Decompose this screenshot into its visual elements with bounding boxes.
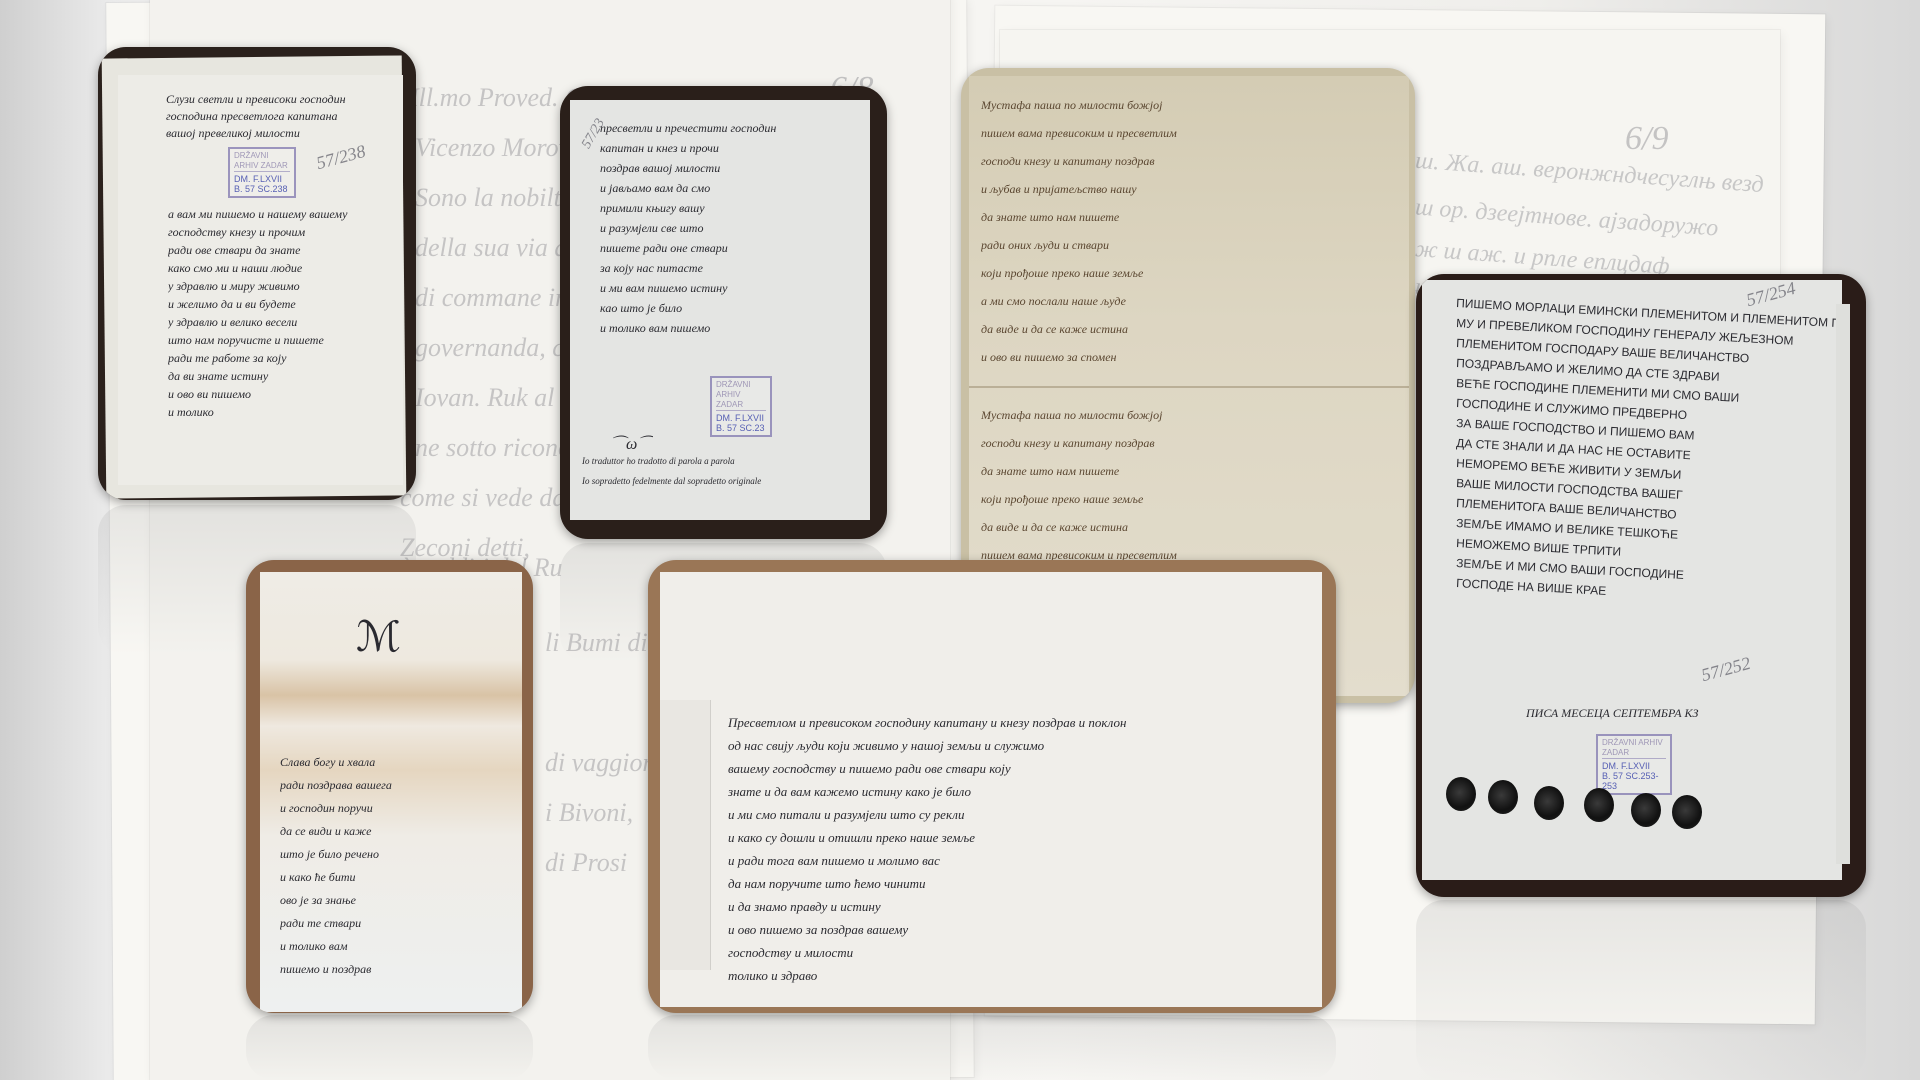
wax-seal (1672, 795, 1702, 829)
manuscript-photo-5: ℳ Слава богу и хвала ради поздрава вашег… (246, 560, 533, 1013)
document-body-line: у здравлю и велико весели (168, 315, 398, 330)
background-script-line: di Prosi (545, 840, 627, 886)
document-body-line: а ми смо послали наше људе (981, 294, 1401, 309)
archive-stamp-line: DM. F.LXVII (716, 413, 766, 423)
document-body-line: ради те ствари (280, 916, 510, 931)
document-body-line: толико и здраво (728, 968, 1308, 984)
wax-seal (1631, 793, 1661, 827)
document-body-line: и како су дошли и отишли преко наше земљ… (728, 830, 1308, 846)
document-body-line: и јављамо вам да смо (600, 181, 850, 196)
archive-stamp: DRŽAVNI ARHIV ZADAR DM. F.LXVII B. 57 SC… (228, 147, 296, 198)
document-body-line: пресветли и пречестити господин (600, 121, 850, 136)
archive-stamp-line: B. 57 SC.253-253 (1602, 771, 1666, 791)
document-body-line: у здравлю и миру живимо (168, 279, 398, 294)
document-body-line: а вам ми пишемо и нашему вашему (168, 207, 398, 222)
document-body-line: господству и милости (728, 945, 1308, 961)
manuscript-photo-2: 57/23 пресветли и пречестити господин ка… (560, 86, 887, 539)
document-body-line: и ми смо питали и разумјели што су рекли (728, 807, 1308, 823)
document-body-line: и како ће бити (280, 870, 510, 885)
document-footer-line: Io sopradetto fedelmente dal sopradetto … (582, 476, 822, 486)
document-body-line: да виде и да се каже истина (981, 520, 1401, 535)
document-body-line: и разумјели све што (600, 221, 850, 236)
document-heading-line: вашој превеликој милости (166, 126, 300, 141)
archive-stamp-line: B. 57 SC.238 (234, 184, 290, 194)
wax-seal (1446, 777, 1476, 811)
archive-stamp-line: DM. F.LXVII (234, 174, 290, 184)
document-body-line: како смо ми и наши людие (168, 261, 398, 276)
document-body-line: што је било речено (280, 847, 510, 862)
document-body-line: и љубав и пријатељство нашу (981, 182, 1401, 197)
document-signature: ⌒ω⌒ (610, 431, 653, 454)
document-body-line: господству кнезу и прочим (168, 225, 398, 240)
document-folded-flap (660, 700, 711, 970)
wax-seal (1534, 786, 1564, 820)
document-paper-edge (1836, 304, 1850, 864)
document-body-line: и ради тога вам пишемо и молимо вас (728, 853, 1308, 869)
background-script-line: come si vede da (400, 475, 565, 521)
document-body-line: да знате што нам пишете (981, 464, 1401, 479)
document-body-line: да знате што нам пишете (981, 210, 1401, 225)
document-body-line: ради ове ствари да знате (168, 243, 398, 258)
document-body-line: за коју нас питасте (600, 261, 850, 276)
document-body-line: и господин поручи (280, 801, 510, 816)
background-script-line: i Bivoni, (545, 790, 633, 836)
paper-fold-line (969, 386, 1409, 388)
wax-seal (1488, 780, 1518, 814)
document-body-line: и толико (168, 405, 398, 420)
background-script-line: ne sotto ricono (415, 425, 571, 471)
background-script-line: Iovan. Ruk al (415, 375, 554, 421)
tughra-signature: ℳ (356, 612, 401, 662)
document-body-line: што нам поручисте и пишете (168, 333, 398, 348)
document-body-line: и ово пишемо за поздрав вашему (728, 922, 1308, 938)
archive-stamp-header: DRŽAVNI ARHIV ZADAR (1602, 738, 1666, 759)
archive-stamp-header: DRŽAVNI ARHIV ZADAR (234, 151, 290, 172)
document-body-line: и ово ви пишемо (168, 387, 398, 402)
document-date-line: ПИСА МЕСЕЦА СЕПТЕМБРА КЗ (1526, 706, 1826, 721)
document-body-line: као што је било (600, 301, 850, 316)
document-body-line: пишем вама превисоким и пресветлим (981, 126, 1401, 141)
document-body-line: пишете ради оне ствари (600, 241, 850, 256)
document-body-line: од нас свију људи који живимо у нашој зе… (728, 738, 1308, 754)
photo-reflection (1416, 900, 1866, 1080)
document-body-line: Пресветлом и превисоком господину капита… (728, 715, 1308, 731)
document-body-line: да се види и каже (280, 824, 510, 839)
document-body-line: пишемо и поздрав (280, 962, 510, 977)
document-body-line: господи кнезу и капитану поздрав (981, 154, 1401, 169)
document-body-line: господи кнезу и капитану поздрав (981, 436, 1401, 451)
document-body-line: који прођоше преко наше земље (981, 266, 1401, 281)
document-body-line: да ви знате истину (168, 369, 398, 384)
manuscript-photo-6: Пресветлом и превисоком господину капита… (648, 560, 1336, 1013)
document-body-line: и ово ви пишемо за спомен (981, 350, 1401, 365)
document-body-line: вашему господству и пишемо ради ове ства… (728, 761, 1308, 777)
document-body-line: Мустафа паша по милости божјој (981, 98, 1401, 113)
document-heading-line: господина пресветлога капитана (166, 109, 338, 124)
document-body-line: ради поздрава вашега (280, 778, 510, 793)
archive-stamp-line: B. 57 SC.23 (716, 423, 766, 433)
document-body-line: и желимо да и ви будете (168, 297, 398, 312)
document-body-line: да нам поручите што ћемо чинити (728, 876, 1308, 892)
photo-reflection (648, 1015, 1336, 1080)
document-body-line: који прођоше преко наше земље (981, 492, 1401, 507)
wax-seal (1584, 788, 1614, 822)
photo-reflection (246, 1015, 533, 1080)
document-body-line: и толико вам пишемо (600, 321, 850, 336)
document-footer-line: Io traduttor ho tradotto di parola a par… (582, 456, 822, 466)
document-body-line: поздрав вашој милости (600, 161, 850, 176)
document-body-line: ради те работе за коју (168, 351, 398, 366)
manuscript-photo-4: 57/254 ПИШЕМО МОРЛАЦИ ЕМИНСКИ ПЛЕМЕНИТОМ… (1416, 274, 1866, 897)
document-body-line: ради оних људи и ствари (981, 238, 1401, 253)
document-body-line: и да знамо правду и истину (728, 899, 1308, 915)
document-body-line: Слава богу и хвала (280, 755, 510, 770)
document-body-line: Мустафа паша по милости божјој (981, 408, 1401, 423)
archive-stamp: DRŽAVNI ARHIV ZADAR DM. F.LXVII B. 57 SC… (1596, 734, 1672, 795)
document-body-line: да виде и да се каже истина (981, 322, 1401, 337)
archive-stamp-line: DM. F.LXVII (1602, 761, 1666, 771)
document-heading-line: Слузи светли и превисоки господин (166, 92, 346, 107)
document-body-line: и ми вам пишемо истину (600, 281, 850, 296)
document-body-line: и толико вам (280, 939, 510, 954)
document-body-line: капитан и кнез и прочи (600, 141, 850, 156)
document-body-line: примили књигу вашу (600, 201, 850, 216)
archive-stamp-header: DRŽAVNI ARHIV ZADAR (716, 380, 766, 411)
manuscript-photo-1: Слузи светли и превисоки господин господ… (98, 47, 416, 500)
document-body-line: ово је за знање (280, 893, 510, 908)
document-body-line: знате и да вам кажемо истину како је бил… (728, 784, 1308, 800)
archive-stamp: DRŽAVNI ARHIV ZADAR DM. F.LXVII B. 57 SC… (710, 376, 772, 437)
